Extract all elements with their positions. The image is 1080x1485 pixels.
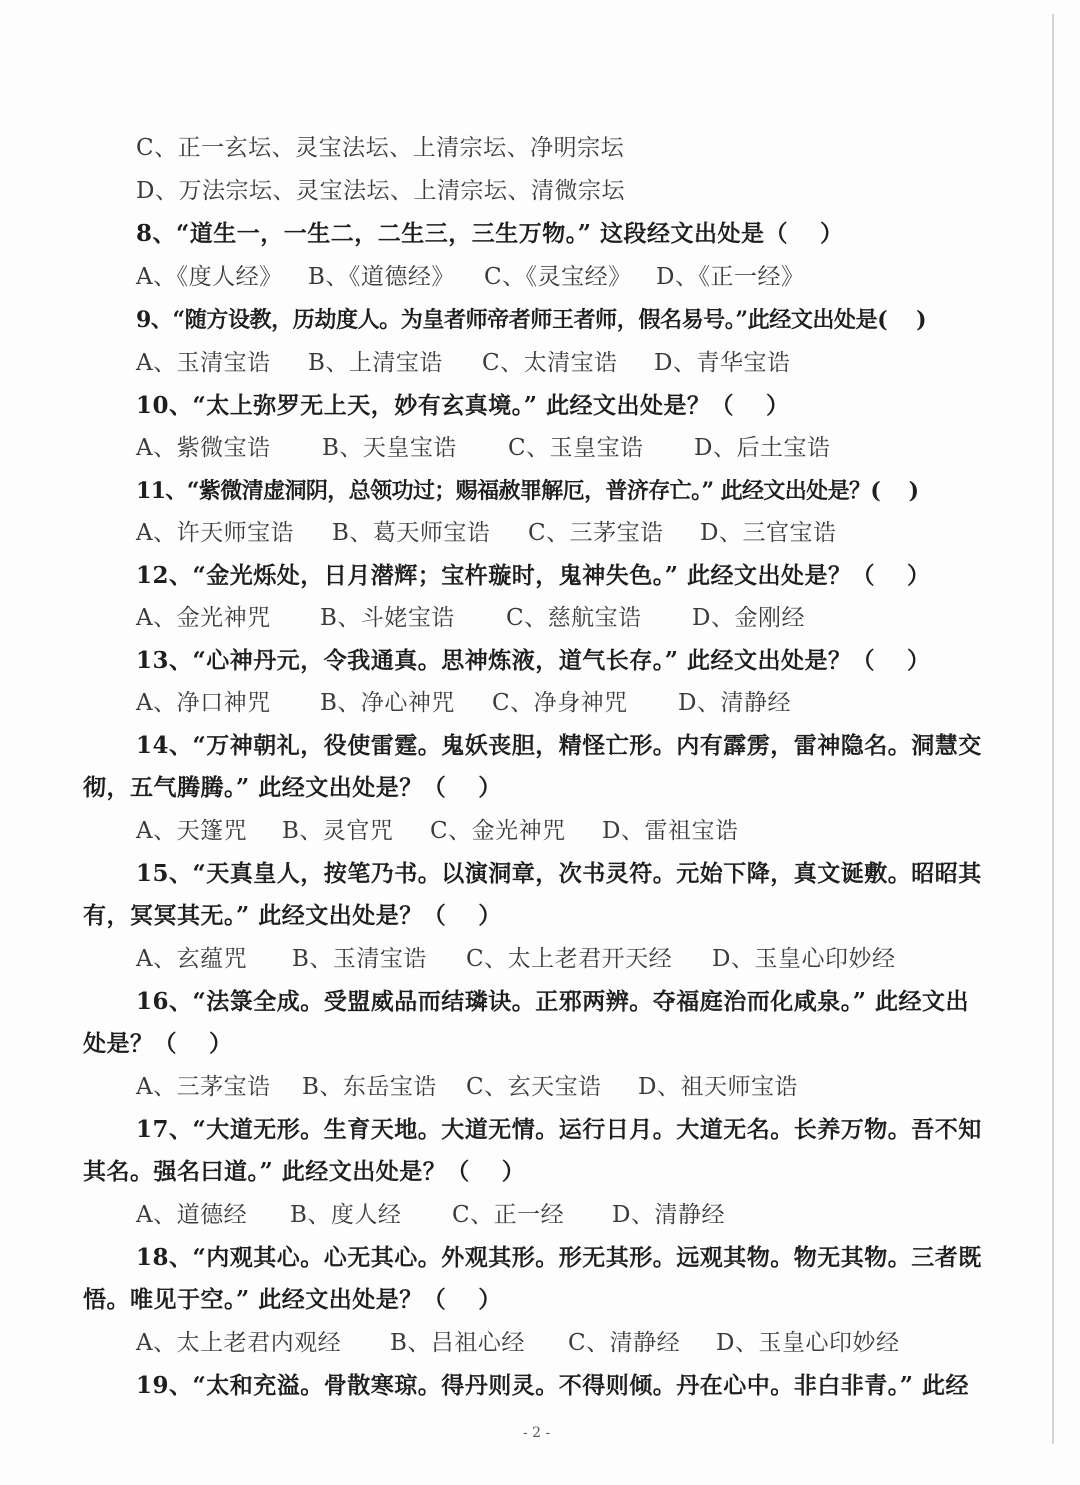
question-18-continued: 悟。唯见于空。” 此经文出处是？（ ） [83, 1285, 502, 1315]
option-14b: B、灵官咒 [282, 816, 430, 846]
option-15d: D、玉皇心印妙经 [712, 944, 895, 974]
options-12: A、金光神咒B、斗姥宝诰C、慈航宝诰D、金刚经 [136, 603, 805, 633]
question-14-continued: 彻，五气腾腾。” 此经文出处是？（ ） [83, 773, 502, 803]
options-14: A、天篷咒B、灵官咒C、金光神咒D、雷祖宝诰 [136, 816, 738, 846]
question-15-continued: 有，冥冥其无。” 此经文出处是？（ ） [83, 901, 502, 931]
option-9b: B、上清宝诰 [308, 348, 482, 378]
question-10: 10、“太上弥罗无上天，妙有玄真境。” 此经文出处是？（ ） [136, 391, 789, 421]
page-edge-line [1052, 14, 1054, 1444]
question-15: 15、“天真皇人，按笔乃书。以演洞章，次书灵符。元始下降，真文诞敷。昭昭其 [136, 859, 982, 889]
question-16-continued: 处是？（ ） [83, 1029, 233, 1059]
option-10d: D、后土宝诰 [694, 433, 830, 463]
option-10b: B、天皇宝诰 [322, 433, 508, 463]
option-15a: A、玄蕴咒 [136, 944, 292, 974]
option-17b: B、度人经 [290, 1200, 452, 1230]
option-15c: C、太上老君开天经 [466, 944, 712, 974]
option-13c: C、净身神咒 [492, 688, 678, 718]
option-16b: B、东岳宝诰 [302, 1072, 466, 1102]
question-12: 12、“金光烁处，日月潜辉；宝杵璇时，鬼神失色。” 此经文出处是？（ ） [136, 561, 930, 591]
question-13: 13、“心神丹元，令我通真。思神炼液，道气长存。” 此经文出处是？（ ） [136, 646, 930, 676]
option-18d: D、玉皇心印妙经 [716, 1328, 899, 1358]
option-line-7d: D、万法宗坛、灵宝法坛、上清宗坛、清微宗坛 [136, 176, 625, 206]
question-9: 9、“随方设教，历劫度人。为皇者师帝者师王者师，假名易号。”此经文出处是( ) [136, 305, 926, 335]
question-19: 19、“太和充溢。骨散寒琼。得丹则灵。不得则倾。丹在心中。非白非青。” 此经 [136, 1371, 969, 1401]
option-12a: A、金光神咒 [136, 603, 320, 633]
option-17a: A、道德经 [136, 1200, 290, 1230]
document-page: C、正一玄坛、灵宝法坛、上清宗坛、净明宗坛 D、万法宗坛、灵宝法坛、上清宗坛、清… [0, 0, 1080, 1485]
option-12c: C、慈航宝诰 [506, 603, 692, 633]
question-18: 18、“内观其心。心无其心。外观其形。形无其形。远观其物。物无其物。三者既 [136, 1243, 982, 1273]
option-17d: D、清静经 [612, 1200, 725, 1230]
option-8c: C、《灵宝经》 [484, 262, 656, 292]
option-12d: D、金刚经 [692, 603, 805, 633]
option-11b: B、葛天师宝诰 [332, 518, 528, 548]
option-8b: B、《道德经》 [308, 262, 484, 292]
option-10a: A、紫微宝诰 [136, 433, 322, 463]
option-13d: D、清静经 [678, 688, 791, 718]
option-17c: C、正一经 [452, 1200, 612, 1230]
option-line-7c: C、正一玄坛、灵宝法坛、上清宗坛、净明宗坛 [136, 133, 624, 163]
option-16c: C、玄天宝诰 [466, 1072, 638, 1102]
options-8: A、《度人经》B、《道德经》C、《灵宝经》D、《正一经》 [136, 262, 804, 292]
options-10: A、紫微宝诰B、天皇宝诰C、玉皇宝诰D、后土宝诰 [136, 433, 830, 463]
option-11c: C、三茅宝诰 [528, 518, 700, 548]
options-15: A、玄蕴咒B、玉清宝诰C、太上老君开天经D、玉皇心印妙经 [136, 944, 895, 974]
options-9: A、玉清宝诰B、上清宝诰C、太清宝诰D、青华宝诰 [136, 348, 790, 378]
option-10c: C、玉皇宝诰 [508, 433, 694, 463]
options-13: A、净口神咒B、净心神咒C、净身神咒D、清静经 [136, 688, 791, 718]
question-16: 16、“法箓全成。受盟威品而结璘诀。正邪两辨。夺福庭治而化咸泉。” 此经文出 [136, 987, 969, 1017]
question-17-continued: 其名。强名曰道。” 此经文出处是？（ ） [83, 1157, 525, 1187]
options-11: A、许天师宝诰B、葛天师宝诰C、三茅宝诰D、三官宝诰 [136, 518, 836, 548]
option-8a: A、《度人经》 [136, 262, 308, 292]
options-18: A、太上老君内观经B、吕祖心经C、清静经D、玉皇心印妙经 [136, 1328, 899, 1358]
option-18b: B、吕祖心经 [390, 1328, 568, 1358]
question-8: 8、“道生一，一生二，二生三，三生万物。” 这段经文出处是（ ） [136, 219, 843, 249]
option-16a: A、三茅宝诰 [136, 1072, 302, 1102]
options-17: A、道德经B、度人经C、正一经D、清静经 [136, 1200, 725, 1230]
options-16: A、三茅宝诰B、东岳宝诰C、玄天宝诰D、祖天师宝诰 [136, 1072, 798, 1102]
option-14a: A、天篷咒 [136, 816, 282, 846]
option-18c: C、清静经 [568, 1328, 716, 1358]
question-14: 14、“万神朝礼，役使雷霆。鬼妖丧胆，精怪亡形。内有霹雳，雷神隐名。洞慧交 [136, 731, 982, 761]
option-15b: B、玉清宝诰 [292, 944, 466, 974]
option-12b: B、斗姥宝诰 [320, 603, 506, 633]
option-8d: D、《正一经》 [656, 262, 804, 292]
question-11: 11、“紫微清虚洞阴，总领功过；赐福赦罪解厄，普济存亡。” 此经文出处是？( ) [136, 476, 918, 506]
option-14c: C、金光神咒 [430, 816, 602, 846]
option-11a: A、许天师宝诰 [136, 518, 332, 548]
option-9a: A、玉清宝诰 [136, 348, 308, 378]
option-9d: D、青华宝诰 [654, 348, 790, 378]
option-13b: B、净心神咒 [320, 688, 492, 718]
option-14d: D、雷祖宝诰 [602, 816, 738, 846]
page-number: - 2 - [523, 1425, 550, 1441]
option-9c: C、太清宝诰 [482, 348, 654, 378]
question-17: 17、“大道无形。生育天地。大道无情。运行日月。大道无名。长养万物。吾不知 [136, 1115, 982, 1145]
option-13a: A、净口神咒 [136, 688, 320, 718]
option-11d: D、三官宝诰 [700, 518, 836, 548]
option-16d: D、祖天师宝诰 [638, 1072, 798, 1102]
option-18a: A、太上老君内观经 [136, 1328, 390, 1358]
